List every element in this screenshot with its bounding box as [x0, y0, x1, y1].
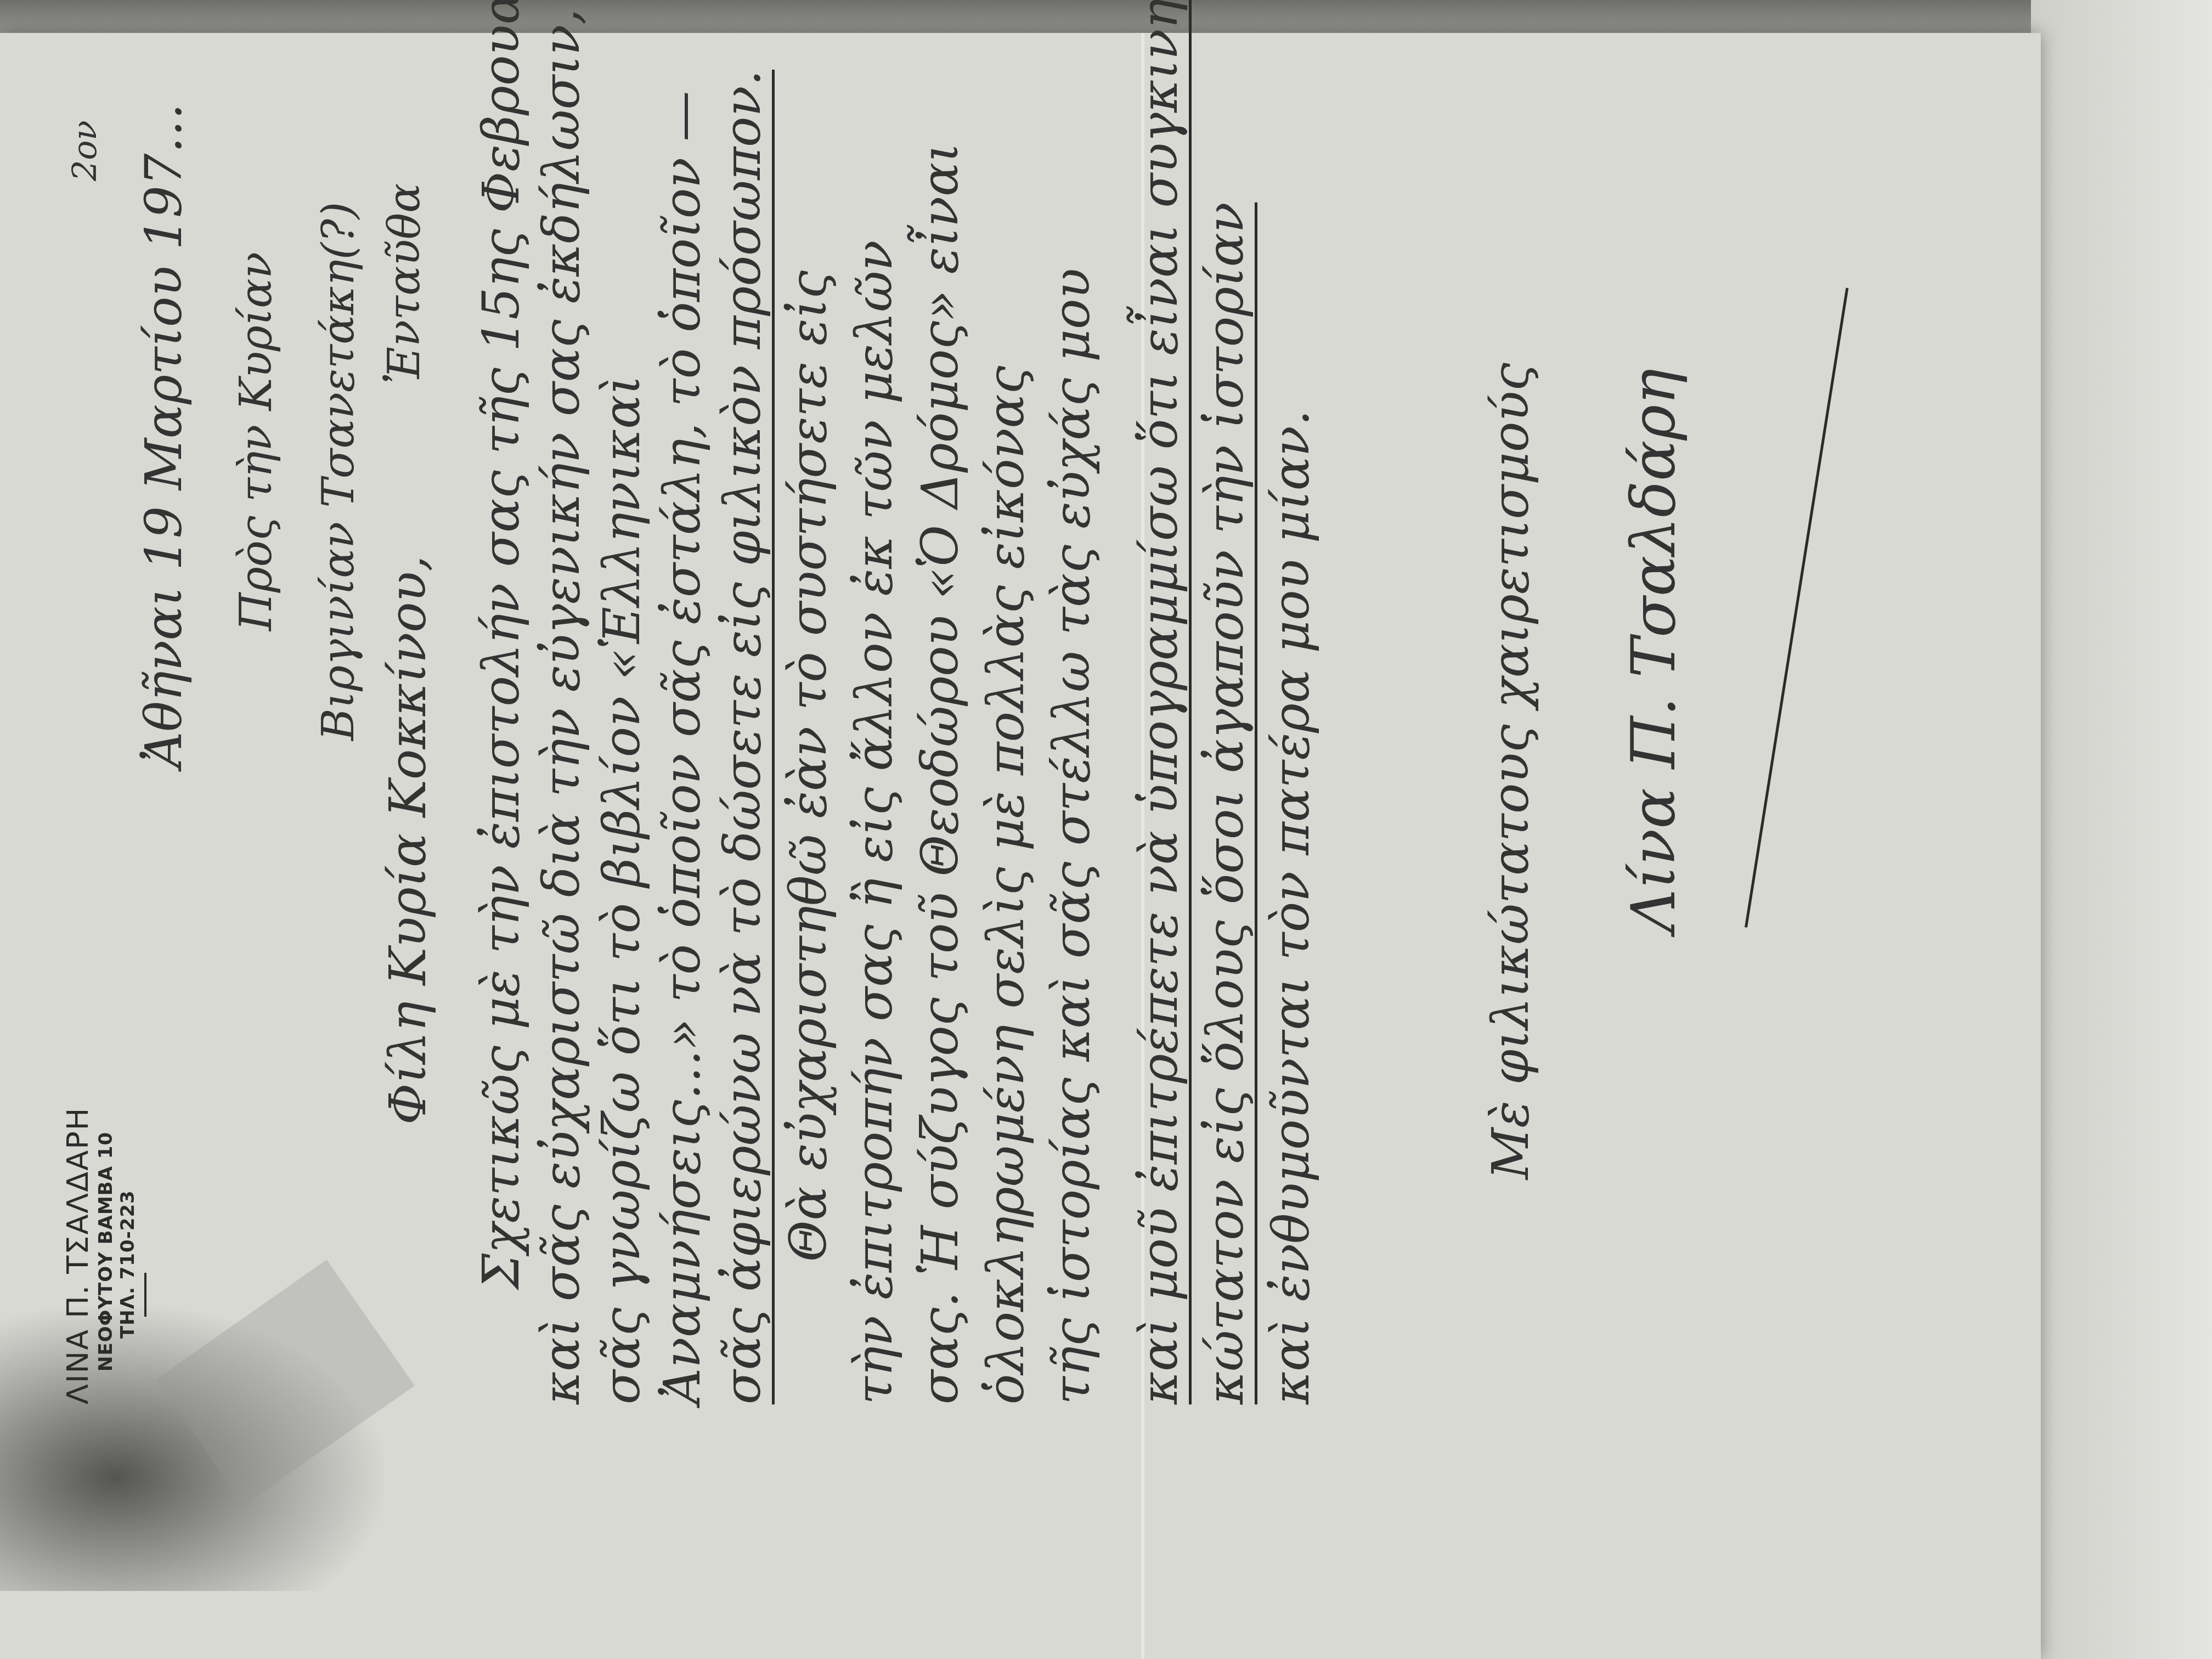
body-line: ὁλοκληρωμένη σελὶς μὲ πολλὰς εἰκόνας [977, 366, 1035, 1404]
signature: Λίνα Π. Τσαλδάρη [1618, 369, 1689, 933]
letterhead-name: ΛΙΝΑ Π. ΤΣΑΛΔΑΡΗ [60, 1107, 95, 1404]
letterhead-rule [144, 1273, 146, 1317]
recipient-line-1: Πρὸς τὴν Κυρίαν [230, 252, 281, 631]
letter-date: Ἀθῆναι 19 Μαρτίου 197… [134, 103, 193, 768]
body-line: Ἀναμνήσεις…» τὸ ὁποῖον σᾶς ἐστάλη, τὸ ὁπ… [653, 91, 712, 1404]
body-line: Θὰ εὐχαριστηθῶ ἐὰν τὸ συστήσετε εἰς [779, 270, 838, 1262]
letterhead-phone: ΤΗΛ. 710-223 [117, 1107, 139, 1339]
background-surface-right [2031, 0, 2212, 1659]
body-line: σας. Ἡ σύζυγος τοῦ Θεοδώρου «Ὁ Δρόμος» ε… [911, 143, 969, 1404]
letterhead: ΛΙΝΑ Π. ΤΣΑΛΔΑΡΗ ΝΕΟΦΥΤΟΥ ΒΑΜΒΑ 10 ΤΗΛ. … [60, 1107, 146, 1404]
body-line-underlined: καὶ μοῦ ἐπιτρέπετε νὰ ὑπογραμμίσω ὅτι εἶ… [1130, 0, 1192, 1404]
body-line: τῆς ἱστορίας καὶ σᾶς στέλλω τὰς εὐχάς μο… [1042, 268, 1101, 1404]
body-line: Σχετικῶς μὲ τὴν ἐπιστολήν σας τῆς 15ης Φ… [472, 0, 531, 1289]
body-line: τὴν ἐπιτροπήν σας ἢ εἰς ἄλλον ἐκ τῶν μελ… [845, 240, 904, 1404]
closing: Μὲ φιλικώτατους χαιρετισμούς [1481, 363, 1540, 1180]
recipient-line-3: Ἐνταῦθα [379, 183, 430, 384]
salutation: Φίλη Κυρία Κοκκίνου, [379, 555, 437, 1125]
body-line: καὶ σᾶς εὐχαριστῶ διὰ τὴν εὐγενικήν σας … [532, 9, 591, 1404]
page-marker: 2ον [66, 120, 104, 181]
letterhead-address: ΝΕΟΦΥΤΟΥ ΒΑΜΒΑ 10 [95, 1107, 117, 1372]
body-line: σᾶς γνωρίζω ὅτι τὸ βιβλίον «Ἑλληνικαὶ [592, 375, 651, 1404]
recipient-line-2: Βιργινίαν Τσανετάκη(?) [313, 202, 364, 741]
body-line-underlined: σᾶς ἀφιερώνω νὰ τὸ δώσετε εἰς φιλικὸν πρ… [713, 70, 775, 1404]
body-line-underlined: κώτατον εἰς ὅλους ὅσοι ἀγαποῦν τὴν ἱστορ… [1196, 202, 1257, 1404]
body-line: καὶ ἐνθυμοῦνται τὸν πατέρα μου μίαν. [1262, 410, 1321, 1404]
